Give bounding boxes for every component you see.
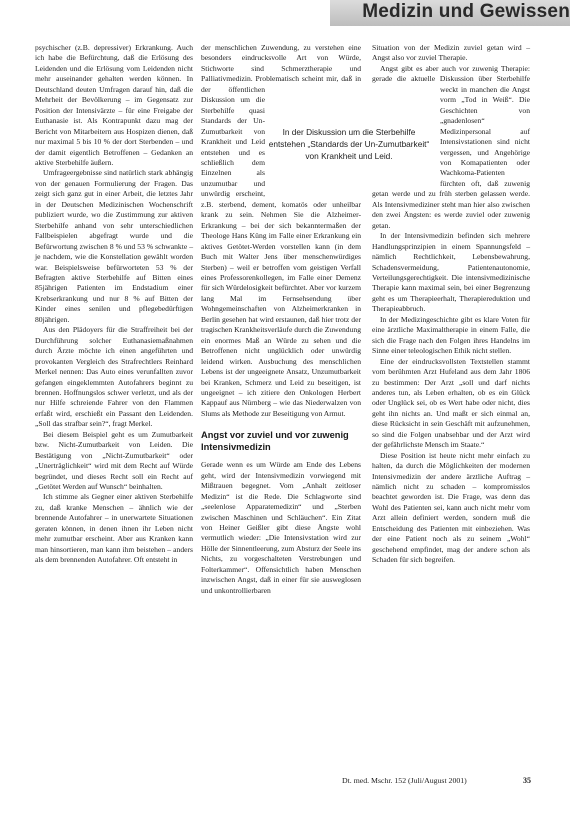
section-title: Medizin und Gewissen — [362, 1, 570, 23]
footer-citation: Dt. med. Mschr. 152 (Juli/August 2001) — [342, 776, 467, 785]
paragraph: Umfrageergebnisse sind natürlich stark a… — [35, 168, 193, 325]
paragraph: Situation von der Medizin zuviel getan w… — [372, 43, 530, 64]
text-column-1: psychischer (z.B. depressiver) Erkrankun… — [35, 43, 193, 566]
page-number: 35 — [523, 776, 531, 785]
pullquote: In der Diskussion um die Sterbehilfe ent… — [268, 126, 430, 163]
paragraph: Aus den Plädoyers für die Straffreiheit … — [35, 325, 193, 430]
subheading: Angst vor zuviel und vor zuwenig Intensi… — [201, 430, 361, 453]
paragraph: Ich stimme als Gegner einer aktiven Ster… — [35, 492, 193, 565]
text-column-3: Situation von der Medizin zuviel getan w… — [372, 43, 530, 566]
paragraph: Bei diesem Beispiel geht es um Zumutbark… — [35, 430, 193, 493]
paragraph: Eine der eindrucksvollsten Textstellen s… — [372, 357, 530, 451]
section-header-bar: Medizin und Gewissen — [330, 0, 570, 26]
paragraph: psychischer (z.B. depressiver) Erkrankun… — [35, 43, 193, 168]
paragraph: Diese Position ist heute nicht mehr einf… — [372, 451, 530, 566]
paragraph: Gerade wenn es um Würde am Ende des Lebe… — [201, 460, 361, 596]
paragraph: In der Medizingeschichte gibt es klare V… — [372, 315, 530, 357]
paragraph: In der Intensivmedizin befinden sich meh… — [372, 231, 530, 315]
